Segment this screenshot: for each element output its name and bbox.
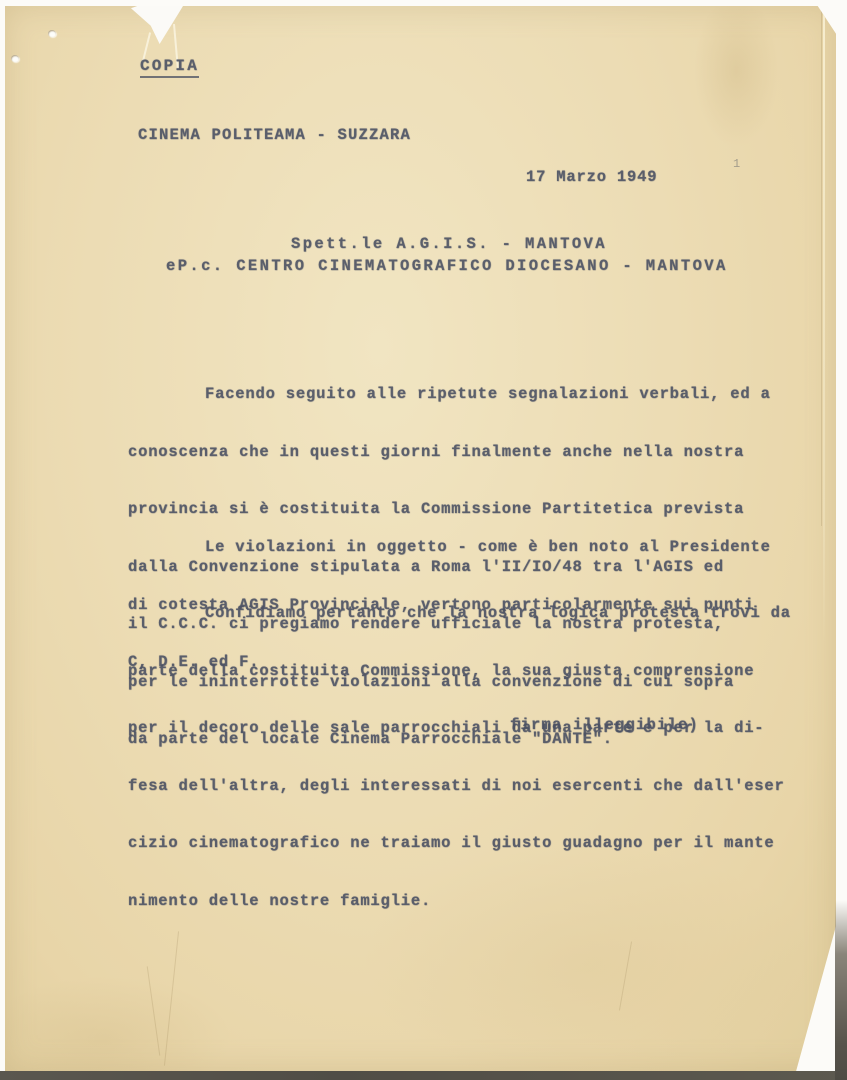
body-paragraph-3: Confidiamo pertanto che la nostra logica… — [128, 567, 783, 948]
letter-line: Confidiamo pertanto che la nostra logica… — [128, 603, 783, 625]
letter-line: Facendo seguito alle ripetute segnalazio… — [128, 384, 783, 406]
scan-edge-right — [835, 900, 847, 1080]
letter-line: conoscenza che in questi giorni finalmen… — [128, 442, 783, 464]
scan-edge-bottom — [0, 1071, 847, 1080]
copy-label: COPIA — [140, 57, 199, 78]
recipient-line-1: Spett.le A.G.I.S. - MANTOVA — [291, 235, 607, 253]
sender-line: CINEMA POLITEAMA - SUZZARA — [138, 126, 411, 144]
letter-line: fesa dell'altra, degli interessati di no… — [128, 776, 783, 798]
recipient-line-2: eP.c. CENTRO CINEMATOGRAFICO DIOCESANO -… — [166, 257, 728, 275]
staple-hole — [11, 55, 19, 62]
paper-crease — [147, 966, 161, 1055]
paper-crease — [821, 6, 822, 526]
margin-pencil-mark: 1 — [733, 157, 741, 171]
letter-line: cizio cinematografico ne traiamo il gius… — [128, 833, 783, 855]
letter-line: Le violazioni in oggetto - come è ben no… — [128, 537, 783, 559]
paper-crease — [823, 6, 825, 646]
paper-crease — [164, 931, 179, 1065]
letter-page: COPIA CINEMA POLITEAMA - SUZZARA 17 Marz… — [5, 6, 836, 1071]
scanned-document-view: COPIA CINEMA POLITEAMA - SUZZARA 17 Marz… — [0, 0, 847, 1080]
date-line: 17 Marzo 1949 — [526, 168, 657, 186]
letter-line: nimento delle nostre famiglie. — [128, 891, 783, 913]
signature-line: firma illeggibile) — [510, 716, 699, 734]
paper-crease — [619, 941, 632, 1010]
staple-hole — [48, 30, 56, 37]
letter-line: parte della costituita Commissione, la s… — [128, 661, 783, 683]
